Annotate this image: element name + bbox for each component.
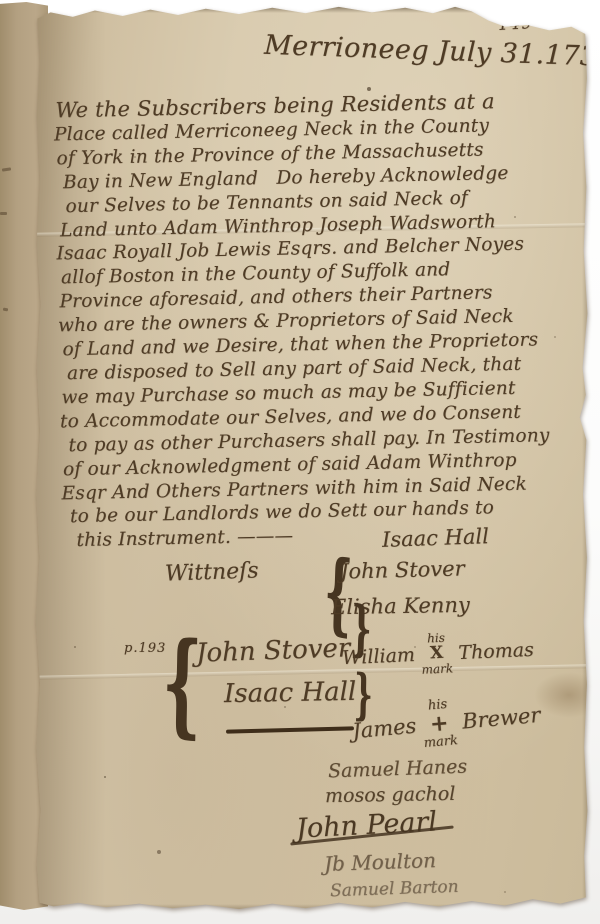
- signer-first-name: James: [351, 714, 417, 743]
- body-text: We the Subscribers being Residents at a …: [53, 89, 578, 554]
- witness-label: Wittneſs: [165, 558, 259, 586]
- manuscript-photo: 149 Merrioneeg July 31.1738. We the Subs…: [0, 0, 600, 924]
- signature-jb-moulton: Jb Moulton: [324, 848, 437, 876]
- signer-first-name: William: [342, 644, 416, 669]
- folio-number: 149: [498, 13, 534, 34]
- mark-label: mark: [423, 734, 458, 750]
- paper-specks: [34, 6, 36, 8]
- signature-mosos-gachol: mosos gachol: [325, 783, 456, 807]
- signature-samuel-hanes: Samuel Hanes: [328, 756, 468, 783]
- signer-last-name: Thomas: [458, 638, 534, 663]
- signature-underline: [226, 726, 354, 733]
- bleedthrough-mark: [2, 167, 11, 171]
- signature-james-brewer: James his + mark Brewer: [350, 690, 542, 756]
- signature-isaac-hall-2: Isaac Hall: [224, 677, 357, 709]
- manuscript-page: 149 Merrioneeg July 31.1738. We the Subs…: [34, 6, 588, 910]
- torn-top-edge: [34, 6, 588, 13]
- ink-stain: [534, 672, 600, 718]
- torn-right-edge: [582, 6, 588, 910]
- his-mark-group: his + mark: [420, 697, 458, 750]
- signature-isaac-hall: Isaac Hall: [382, 524, 490, 552]
- signature-mark: +: [429, 712, 449, 736]
- paper-sheet: 149 Merrioneeg July 31.1738. We the Subs…: [34, 6, 588, 910]
- torn-bottom-edge: [34, 904, 588, 910]
- margin-note: p.193: [124, 641, 166, 656]
- signer-last-name: Brewer: [461, 703, 541, 734]
- signature-john-stover: John Stover: [340, 556, 465, 583]
- his-mark-group: his X mark: [420, 631, 453, 675]
- dateline: Merrioneeg July 31.1738.: [264, 30, 600, 74]
- signature-samuel-barton: Samuel Barton: [330, 877, 459, 901]
- bleedthrough-mark: [0, 212, 7, 215]
- bleedthrough-mark: [3, 308, 8, 312]
- mark-label: mark: [421, 662, 453, 675]
- signature-mark: X: [430, 645, 444, 663]
- signature-william-thomas: William his X mark Thomas: [341, 628, 535, 679]
- signature-john-stover-2: John Stover: [196, 633, 351, 668]
